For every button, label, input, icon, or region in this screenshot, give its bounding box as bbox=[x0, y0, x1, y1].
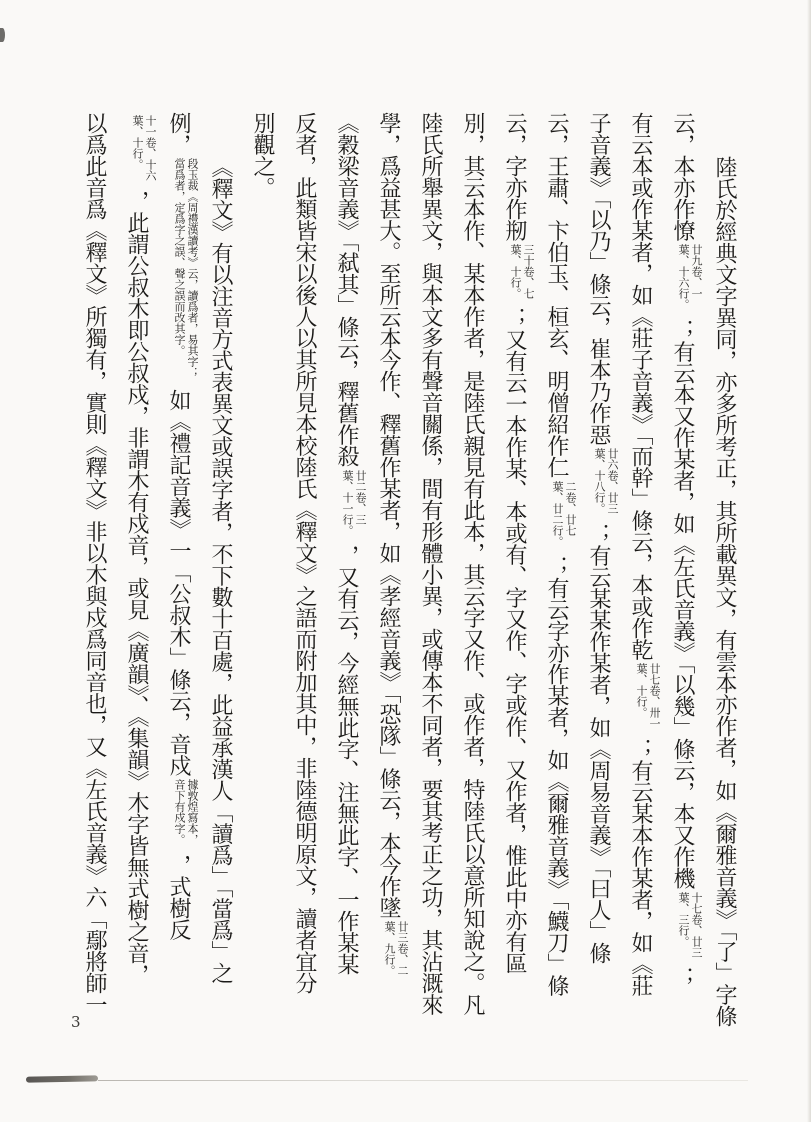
book-page: 陸氏於經典文字異同，亦多所考正，其所載異文，有雲本亦作者，如《爾雅音義》「了」字… bbox=[0, 0, 811, 1122]
inline-note: 廿三卷、二葉、九行。 bbox=[383, 921, 409, 981]
text-run: 別，其云本作、某本作者，是陸氏親見有此本，其云字又作、或作者，特陸氏以意所知說之… bbox=[460, 112, 485, 1015]
inline-note: 廿九卷、一葉、十六行。 bbox=[677, 244, 703, 316]
text-column: 學，爲益甚大。至所云本今作、釋舊作某者，如《孝經音義》「恐隊」條云，本今作墜廿三… bbox=[367, 112, 409, 1022]
inline-note: 二卷、廿七葉、廿二行。 bbox=[551, 481, 577, 553]
text-run: ；有云本又作某者，如《左氏音義》「以幾」條云，本又作機 bbox=[670, 319, 695, 889]
text-column: 云，本亦作憭廿九卷、一葉、十六行。；有云本又作某者，如《左氏音義》「以幾」條云，… bbox=[661, 112, 703, 1022]
text-run: 有云本或作某者，如《莊子音義》「而幹」條云，本或作乾 bbox=[628, 112, 653, 660]
text-run: 云，本亦作憭 bbox=[670, 112, 695, 241]
inline-note: 三十卷、七葉、十行。 bbox=[509, 244, 535, 304]
text-run: 《穀梁音義》「弑其」條云，釋舊作殺 bbox=[334, 112, 359, 467]
text-run: ；又有云一本作某、本或有、字又作、字或作、又作者，惟此中亦有區 bbox=[502, 307, 527, 974]
inline-note: 據敦煌寫本，音下有戍字。 bbox=[173, 779, 199, 851]
text-run: 如《禮記音義》一「公叔木」條云，音戍 bbox=[166, 389, 191, 776]
text-column: 別觀之。 bbox=[241, 112, 283, 1022]
text-column: 有云本或作某者，如《莊子音義》「而幹」條云，本或作乾廿七卷、卅一葉、十行。；有云… bbox=[619, 112, 661, 1022]
page-number: 3 bbox=[71, 1013, 82, 1031]
text-run: 陸氏於經典文字異同，亦多所考正，其所載異文，有雲本亦作者，如《爾雅音義》「了」字… bbox=[712, 156, 737, 1027]
text-run: 子音義》「以乃」條云，崔本乃作惡 bbox=[586, 112, 611, 445]
text-run: 陸氏所舉異文，與本文多有聲音關係，間有形體小異，或傳本不同者，要其考正之功，其沾… bbox=[418, 112, 443, 1015]
text-column: 陸氏於經典文字異同，亦多所考正，其所載異文，有雲本亦作者，如《爾雅音義》「了」字… bbox=[703, 112, 745, 1022]
text-run: ；有云字亦作某者，如《爾雅音義》「鱴刀」條 bbox=[544, 556, 569, 997]
text-run: 云，王肅、卞伯玉、桓玄、明僧紹作仁 bbox=[544, 112, 569, 478]
text-run: 例， bbox=[166, 112, 191, 155]
text-run: ；有云某本作某者，如《莊 bbox=[628, 738, 653, 996]
scan-edge-shadow bbox=[807, 0, 811, 1122]
inline-note: 廿七卷、卅一葉、十行。 bbox=[635, 663, 661, 735]
text-block: 陸氏於經典文字異同，亦多所考正，其所載異文，有雲本亦作者，如《爾雅音義》「了」字… bbox=[73, 112, 745, 1022]
text-column: 以爲此音爲《釋文》所獨有，實則《釋文》非以木與戍爲同音也，又《左氏音義》六「鄢將… bbox=[73, 112, 115, 1022]
scan-artifact-line bbox=[98, 1080, 748, 1081]
text-column: 子音義》「以乃」條云，崔本乃作惡廿六卷、廿三葉、十八行。；有云某某作某者，如《周… bbox=[577, 112, 619, 1022]
scan-artifact-nick bbox=[0, 28, 5, 42]
text-run: 《釋文》有以注音方式表異文或誤字者，不下數十百處，此益承漢人「讀爲」「當爲」之 bbox=[208, 156, 233, 984]
text-run: 學，爲益甚大。至所云本今作、釋舊作某者，如《孝經音義》「恐隊」條云，本今作墜 bbox=[376, 112, 401, 918]
text-run: 反者，此類皆宋以後人以其所見本校陸氏《釋文》之語而附加其中，非陸德明原文，讀者宜… bbox=[292, 112, 317, 994]
text-run: ，式樹反 bbox=[166, 854, 191, 940]
inline-note: 廿二卷、三葉、十一行。 bbox=[341, 470, 367, 542]
scan-artifact-smudge bbox=[26, 1075, 98, 1082]
text-column: 《穀梁音義》「弑其」條云，釋舊作殺廿二卷、三葉、十一行。，又有云，今經無此字、注… bbox=[325, 112, 367, 1022]
text-run: 以爲此音爲《釋文》所獨有，實則《釋文》非以木與戍爲同音也，又《左氏音義》六「鄢將… bbox=[82, 112, 107, 1015]
inline-note: 十七卷、廿三葉、三行。 bbox=[677, 892, 703, 964]
text-column: 反者，此類皆宋以後人以其所見本校陸氏《釋文》之語而附加其中，非陸德明原文，讀者宜… bbox=[283, 112, 325, 1022]
text-run: ，又有云，今經無此字、注無此字、一作某某 bbox=[334, 545, 359, 975]
text-column: 《釋文》有以注音方式表異文或誤字者，不下數十百處，此益承漢人「讀爲」「當爲」之 bbox=[199, 112, 241, 1022]
text-column: 例，段玉裁《周禮漢讀考》云，讀爲者，易其字；當爲者，定爲字之誤、聲之誤而改其字。… bbox=[157, 112, 199, 1022]
text-run: ，此謂公叔木即公叔戍，非謂木有戍音，或見《廣韻》、《集韻》木字皆無式樹之音， bbox=[124, 190, 149, 985]
text-column: 云，王肅、卞伯玉、桓玄、明僧紹作仁二卷、廿七葉、廿二行。；有云字亦作某者，如《爾… bbox=[535, 112, 577, 1022]
text-column: 十一卷、十六葉、十行。，此謂公叔木即公叔戍，非謂木有戍音，或見《廣韻》、《集韻》… bbox=[115, 112, 157, 1022]
text-run: 別觀之。 bbox=[250, 112, 275, 198]
inline-note: 廿六卷、廿三葉、十八行。 bbox=[593, 448, 619, 520]
inline-note: 十一卷、十六葉、十行。 bbox=[131, 115, 157, 187]
inline-note: 段玉裁《周禮漢讀考》云，讀爲者，易其字；當爲者，定爲字之誤、聲之誤而改其字。 bbox=[173, 158, 199, 386]
text-run: ；有云某某作某者，如《周易音義》「曰人」條 bbox=[586, 523, 611, 964]
text-column: 別，其云本作、某本作者，是陸氏親見有此本，其云字又作、或作者，特陸氏以意所知說之… bbox=[451, 112, 493, 1022]
text-column: 陸氏所舉異文，與本文多有聲音關係，間有形體小異，或傳本不同者，要其考正之功，其沾… bbox=[409, 112, 451, 1022]
text-run: ； bbox=[670, 967, 695, 989]
text-run: 云，字亦作剏 bbox=[502, 112, 527, 241]
text-column: 云，字亦作剏三十卷、七葉、十行。；又有云一本作某、本或有、字又作、字或作、又作者… bbox=[493, 112, 535, 1022]
